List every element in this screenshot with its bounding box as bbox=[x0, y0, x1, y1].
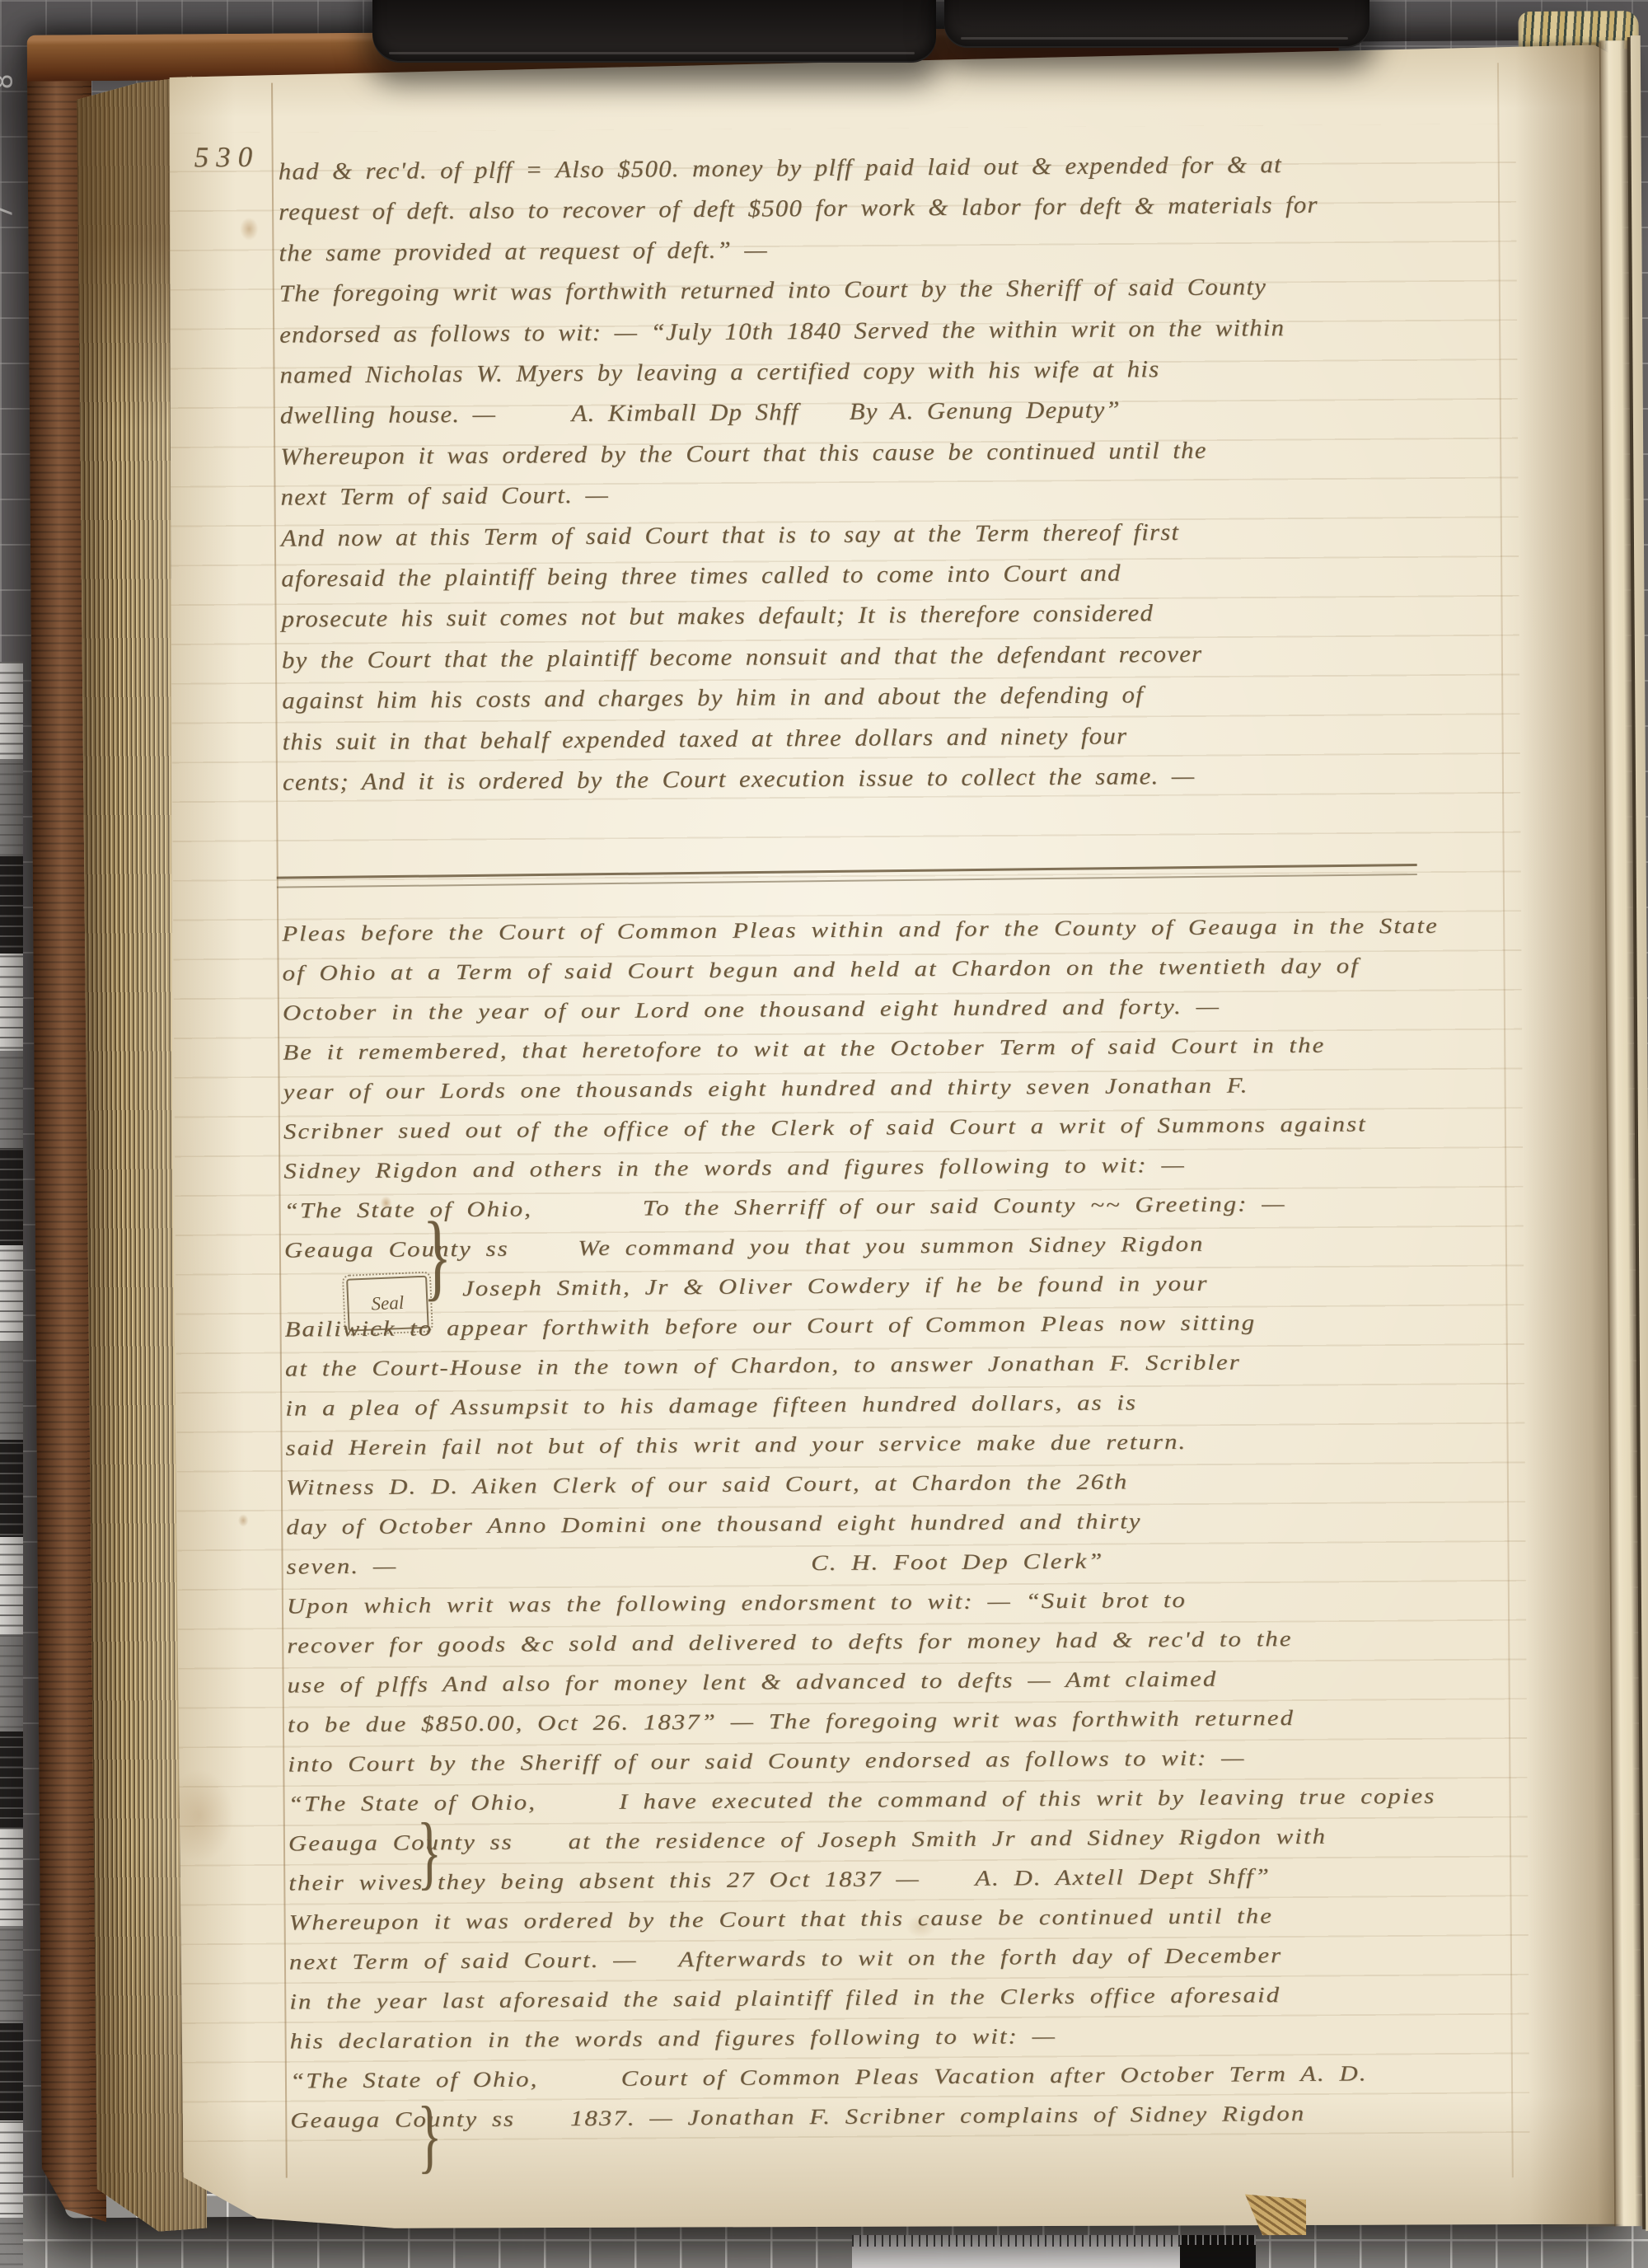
page-number: 530 bbox=[194, 141, 260, 175]
binding-tail-edge bbox=[1245, 2194, 1306, 2236]
page-weight-clip-right bbox=[944, 0, 1369, 48]
clip-highlight-rim bbox=[961, 37, 1348, 40]
entry-myers-case: had & rec'd. of plff = Also $500. money … bbox=[279, 143, 1505, 804]
record-book: 530 } } } Seal had & rec'd. of plff = Al… bbox=[0, 0, 1648, 2268]
manuscript-line: request of deft. also to recover of deft… bbox=[279, 185, 1501, 234]
clip-highlight-rim bbox=[389, 52, 915, 54]
entry-scribner-v-rigdon: Pleas before the Court of Common Pleas w… bbox=[282, 904, 1628, 2139]
manuscript-line: cents; And it is ordered by the Court ex… bbox=[283, 754, 1505, 804]
archival-photo-stage: 8 7 530 } } } Seal had & rec'd. of plff … bbox=[0, 0, 1648, 2268]
page-weight-clip-left bbox=[372, 0, 936, 63]
